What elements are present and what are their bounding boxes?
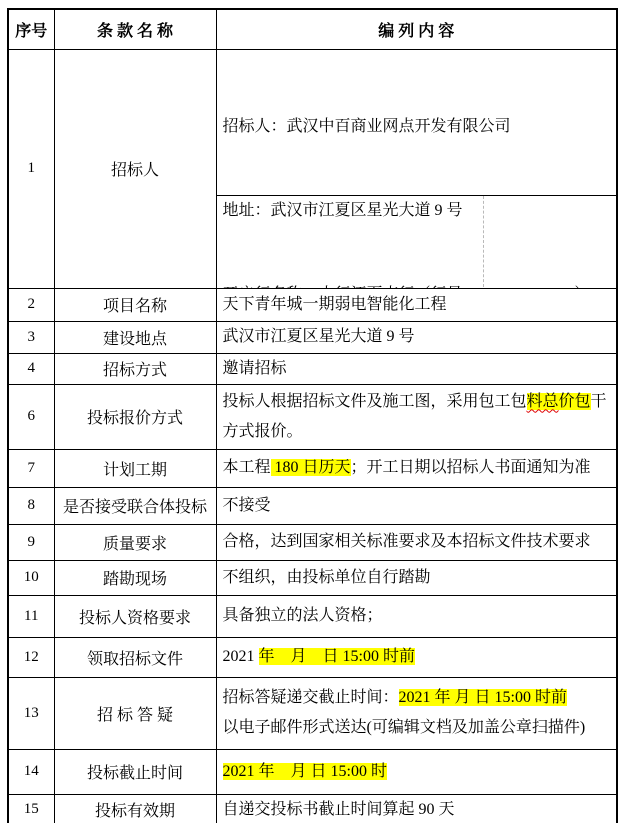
row-content-cell: 天下青年城一期弱电智能化工程 [216, 288, 617, 321]
row-content-cell: 武汉市江夏区星光大道 9 号 [216, 321, 617, 353]
row-no: 15 [8, 794, 54, 823]
header-col-no: 序号 [8, 9, 54, 49]
bidder-name-line: 招标人：武汉中百商业网点开发有限公司 [223, 113, 613, 141]
row-no: 8 [8, 487, 54, 524]
table-row-4: 4 招标方式 邀请招标 [8, 353, 617, 384]
row-content-cell: 自递交投标书截止时间算起 90 天 [216, 794, 617, 823]
row-no: 12 [8, 637, 54, 677]
row-label: 质量要求 [54, 524, 216, 560]
row-content-cell: 本工程 180 日历天；开工日期以招标人书面通知为准 [216, 449, 617, 487]
table-row-1: 1 招标人 招标人：武汉中百商业网点开发有限公司 地址：武汉市江夏区星光大道 9… [8, 49, 617, 288]
table-row-12: 12 领取招标文件 2021 年 月 日 15:00 时前 [8, 637, 617, 677]
row-no: 14 [8, 749, 54, 794]
row-no: 2 [8, 288, 54, 321]
row-label: 招 标 答 疑 [54, 677, 216, 749]
row-no: 7 [8, 449, 54, 487]
table-row-13: 13 招 标 答 疑 招标答疑递交截止时间：2021 年 月 日 15:00 时… [8, 677, 617, 749]
highlighted-text: 价包 [559, 393, 591, 410]
row-no: 11 [8, 595, 54, 637]
tender-info-table: 序号 条 款 名 称 编 列 内 容 1 招标人 招标人：武汉中百商业网点开发有… [7, 8, 618, 823]
table-row-8: 8 是否接受联合体投标 不接受 [8, 487, 617, 524]
row-no: 3 [8, 321, 54, 353]
table-row-3: 3 建设地点 武汉市江夏区星光大道 9 号 [8, 321, 617, 353]
highlighted-duration-text: 180 日历天 [271, 459, 351, 476]
row-label: 建设地点 [54, 321, 216, 353]
table-row-11: 11 投标人资格要求 具备独立的法人资格； [8, 595, 617, 637]
row-label: 投标报价方式 [54, 384, 216, 449]
row-no: 4 [8, 353, 54, 384]
table-row-14: 14 投标截止时间 2021 年 月 日 15:00 时 [8, 749, 617, 794]
row-content-cell: 邀请招标 [216, 353, 617, 384]
content-text: 本工程 [223, 459, 271, 476]
row-label: 投标有效期 [54, 794, 216, 823]
content-text-line2: 以电子邮件形式送达(可编辑文档及加盖公章扫描件) [223, 719, 586, 736]
row-content-cell: 招标人：武汉中百商业网点开发有限公司 地址：武汉市江夏区星光大道 9 号 开户行… [216, 49, 617, 288]
highlighted-date-text: 年 月 日 15:00 时前 [259, 648, 415, 665]
row-no: 13 [8, 677, 54, 749]
header-col-name: 条 款 名 称 [54, 9, 216, 49]
row-label: 项目名称 [54, 288, 216, 321]
table-row-15: 15 投标有效期 自递交投标书截止时间算起 90 天 [8, 794, 617, 823]
content-text: 2021 [223, 648, 259, 665]
row-content-cell: 招标答疑递交截止时间：2021 年 月 日 15:00 时前以电子邮件形式送达(… [216, 677, 617, 749]
content-text-line2: 方式报价。 [223, 423, 303, 440]
row-label: 计划工期 [54, 449, 216, 487]
row-no: 10 [8, 560, 54, 595]
content-text-tail: 干 [591, 393, 607, 410]
table-row-2: 2 项目名称 天下青年城一期弱电智能化工程 [8, 288, 617, 321]
row-no: 9 [8, 524, 54, 560]
contact-info-block: 联系人：杨经理 联系电话：18627783008 电子邮箱：504454032@… [217, 196, 617, 287]
row-label: 投标人资格要求 [54, 595, 216, 637]
dashed-gridline [483, 196, 484, 287]
bidder-info-block: 招标人：武汉中百商业网点开发有限公司 地址：武汉市江夏区星光大道 9 号 开户行… [217, 50, 617, 196]
row-label: 投标截止时间 [54, 749, 216, 794]
row-label: 是否接受联合体投标 [54, 487, 216, 524]
row-content-cell: 2021 年 月 日 15:00 时前 [216, 637, 617, 677]
table-row-10: 10 踏勘现场 不组织，由投标单位自行踏勘 [8, 560, 617, 595]
row-content-cell: 不接受 [216, 487, 617, 524]
table-row-7: 7 计划工期 本工程 180 日历天；开工日期以招标人书面通知为准 [8, 449, 617, 487]
table-row-9: 9 质量要求 合格，达到国家相关标准要求及本招标文件技术要求 [8, 524, 617, 560]
row-label: 领取招标文件 [54, 637, 216, 677]
highlighted-misspelled-text: 料总 [527, 393, 559, 410]
content-text-tail: ；开工日期以招标人书面通知为准 [351, 459, 591, 476]
header-col-content: 编 列 内 容 [216, 9, 617, 49]
highlighted-date-text: 2021 年 月 日 15:00 时 [223, 763, 387, 780]
row-content-cell: 投标人根据招标文件及施工图，采用包工包料总价包干方式报价。 [216, 384, 617, 449]
row-content-cell: 不组织，由投标单位自行踏勘 [216, 560, 617, 595]
row-label: 招标人 [54, 49, 216, 288]
content-text: 招标答疑递交截止时间： [223, 689, 399, 706]
row-content-cell: 2021 年 月 日 15:00 时 [216, 749, 617, 794]
document-page: 序号 条 款 名 称 编 列 内 容 1 招标人 招标人：武汉中百商业网点开发有… [0, 0, 621, 823]
table-header-row: 序号 条 款 名 称 编 列 内 容 [8, 9, 617, 49]
row-label: 踏勘现场 [54, 560, 216, 595]
content-text: 投标人根据招标文件及施工图，采用包工包 [223, 393, 527, 410]
highlighted-date-text: 2021 年 月 日 15:00 时前 [399, 689, 567, 706]
row-no: 6 [8, 384, 54, 449]
row-content-cell: 具备独立的法人资格； [216, 595, 617, 637]
row-content-cell: 合格，达到国家相关标准要求及本招标文件技术要求 [216, 524, 617, 560]
row-no: 1 [8, 49, 54, 288]
table-row-6: 6 投标报价方式 投标人根据招标文件及施工图，采用包工包料总价包干方式报价。 [8, 384, 617, 449]
row-label: 招标方式 [54, 353, 216, 384]
